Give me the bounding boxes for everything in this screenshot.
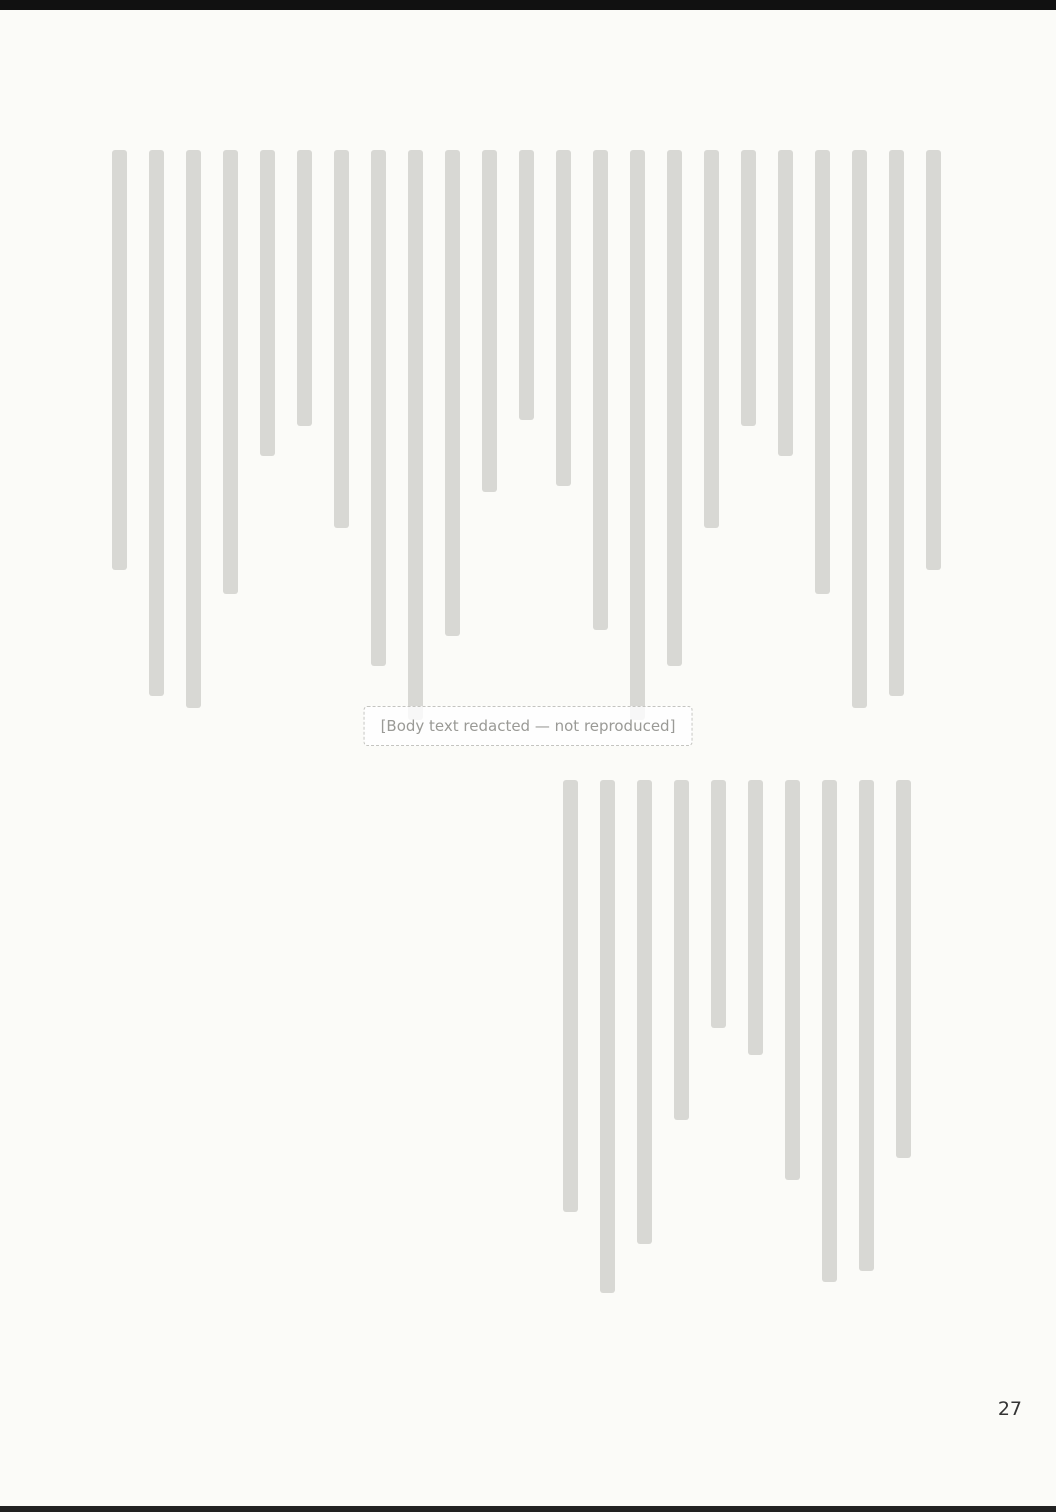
text-block-upper-redacted xyxy=(112,150,941,750)
redacted-text-column xyxy=(186,150,201,708)
redacted-text-column xyxy=(748,780,763,1055)
redacted-text-column xyxy=(637,780,652,1244)
redacted-text-column xyxy=(926,150,941,570)
redacted-text-column xyxy=(223,150,238,594)
redacted-text-column xyxy=(593,150,608,630)
redacted-text-column xyxy=(778,150,793,456)
redacted-text-column xyxy=(149,150,164,696)
redacted-text-column xyxy=(260,150,275,456)
scan-edge-top xyxy=(0,0,1056,10)
redacted-text-column xyxy=(704,150,719,528)
redacted-text-column xyxy=(741,150,756,426)
redacted-text-column xyxy=(630,150,645,720)
redacted-text-column xyxy=(334,150,349,528)
redacted-text-column xyxy=(482,150,497,492)
redacted-text-column xyxy=(667,150,682,666)
redacted-text-column xyxy=(896,780,911,1158)
redacted-text-column xyxy=(889,150,904,696)
redacted-text-column xyxy=(112,150,127,570)
redacted-text-column xyxy=(297,150,312,426)
text-block-lower-redacted xyxy=(563,780,911,1320)
redacted-text-column xyxy=(556,150,571,486)
scan-edge-bottom xyxy=(0,1506,1056,1512)
redacted-text-column xyxy=(563,780,578,1212)
redacted-text-column xyxy=(815,150,830,594)
redacted-text-column xyxy=(600,780,615,1293)
redacted-text-column xyxy=(445,150,460,636)
redacted-text-column xyxy=(711,780,726,1028)
redacted-text-column xyxy=(371,150,386,666)
redacted-text-column xyxy=(785,780,800,1180)
redacted-text-column xyxy=(674,780,689,1120)
scanned-document-page: [Body text redacted — not reproduced] 27 xyxy=(0,0,1056,1512)
redacted-text-column xyxy=(852,150,867,708)
redaction-notice: [Body text redacted — not reproduced] xyxy=(364,706,693,746)
redacted-text-column xyxy=(822,780,837,1282)
redacted-text-column xyxy=(408,150,423,720)
redacted-text-column xyxy=(859,780,874,1271)
page-number: 27 xyxy=(998,1398,1022,1420)
redacted-text-column xyxy=(519,150,534,420)
